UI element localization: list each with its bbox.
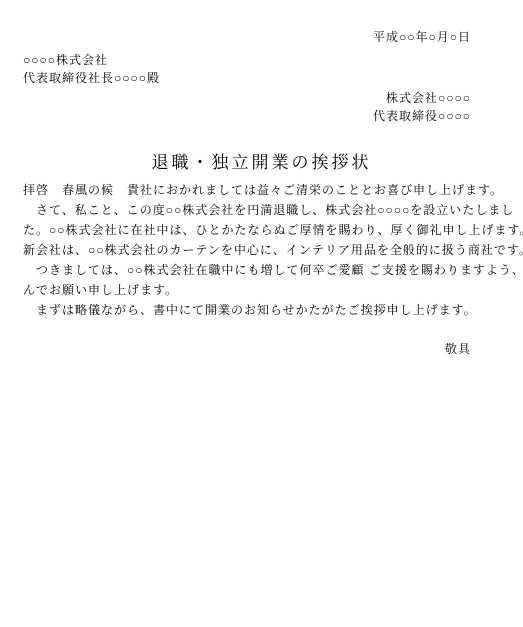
body-line: んでお願い申し上げます。: [23, 283, 497, 303]
sender-person: 代表取締役○○○○: [373, 110, 471, 123]
body-line: さて、私こと、この度○○株式会社を円満退職し、株式会社○○○○を設立いたしまし: [23, 203, 497, 223]
document-title: 退職・独立開業の挨拶状: [0, 148, 523, 173]
letter-page: 平成○○年○月○日 ○○○○株式会社 代表取締役社長○○○○殿 株式会社○○○○…: [0, 0, 523, 627]
body-line: 拝啓 春風の候 貴社におかれましては益々ご清栄のこととお喜び申し上げます。: [23, 183, 497, 203]
body-line: た。○○株式会社に在社中は、ひとかたならぬご厚情を賜わり、厚く御礼申し上げます。: [23, 223, 497, 243]
body-line: まずは略儀ながら、書中にて開業のお知らせかたがたご挨拶申し上げます。: [23, 303, 497, 323]
letter-body: 拝啓 春風の候 貴社におかれましては益々ご清栄のこととお喜び申し上げます。 さて…: [23, 183, 497, 323]
addressee-person: 代表取締役社長○○○○殿: [23, 72, 160, 85]
closing-word: 敬具: [445, 343, 471, 356]
body-line: つきましては、○○株式会社在職中にも増して何卒ご愛顧 ご支援を賜わりますよう、謹: [23, 263, 497, 283]
body-line: 新会社は、○○株式会社のカーテンを中心に、インテリア用品を全般的に扱う商社です。: [23, 243, 497, 263]
addressee-company: ○○○○株式会社: [23, 54, 108, 67]
sender-company: 株式会社○○○○: [386, 92, 471, 105]
document-date: 平成○○年○月○日: [373, 31, 471, 44]
